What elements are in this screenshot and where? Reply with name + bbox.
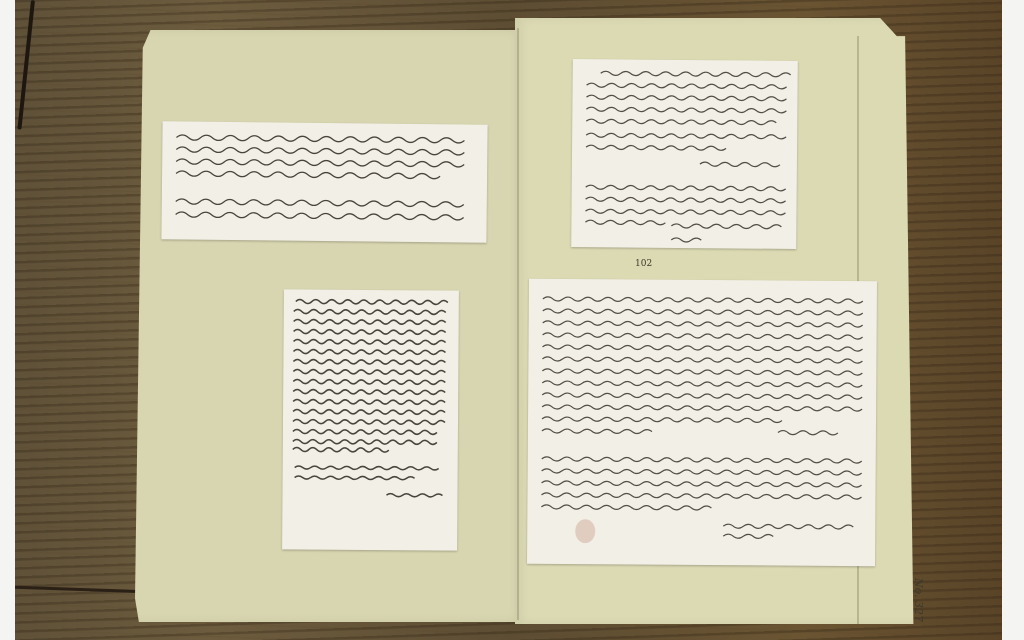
paper-stain	[575, 519, 595, 543]
folder-spine	[517, 28, 519, 620]
manuscript-bottom-left	[282, 289, 459, 550]
table-crack	[17, 0, 35, 130]
handwriting	[161, 121, 487, 242]
folio-number: 102	[635, 260, 649, 269]
table-seam	[15, 586, 145, 594]
manuscript-bottom-right	[527, 279, 877, 566]
handwriting	[571, 59, 798, 249]
handwriting	[282, 289, 459, 550]
manila-folder: 102	[135, 18, 930, 624]
manuscript-top-right	[571, 59, 798, 249]
manuscript-top-left	[161, 121, 487, 242]
folder-corner-mark: No. 327	[912, 578, 925, 622]
photograph: 102	[15, 0, 1002, 640]
